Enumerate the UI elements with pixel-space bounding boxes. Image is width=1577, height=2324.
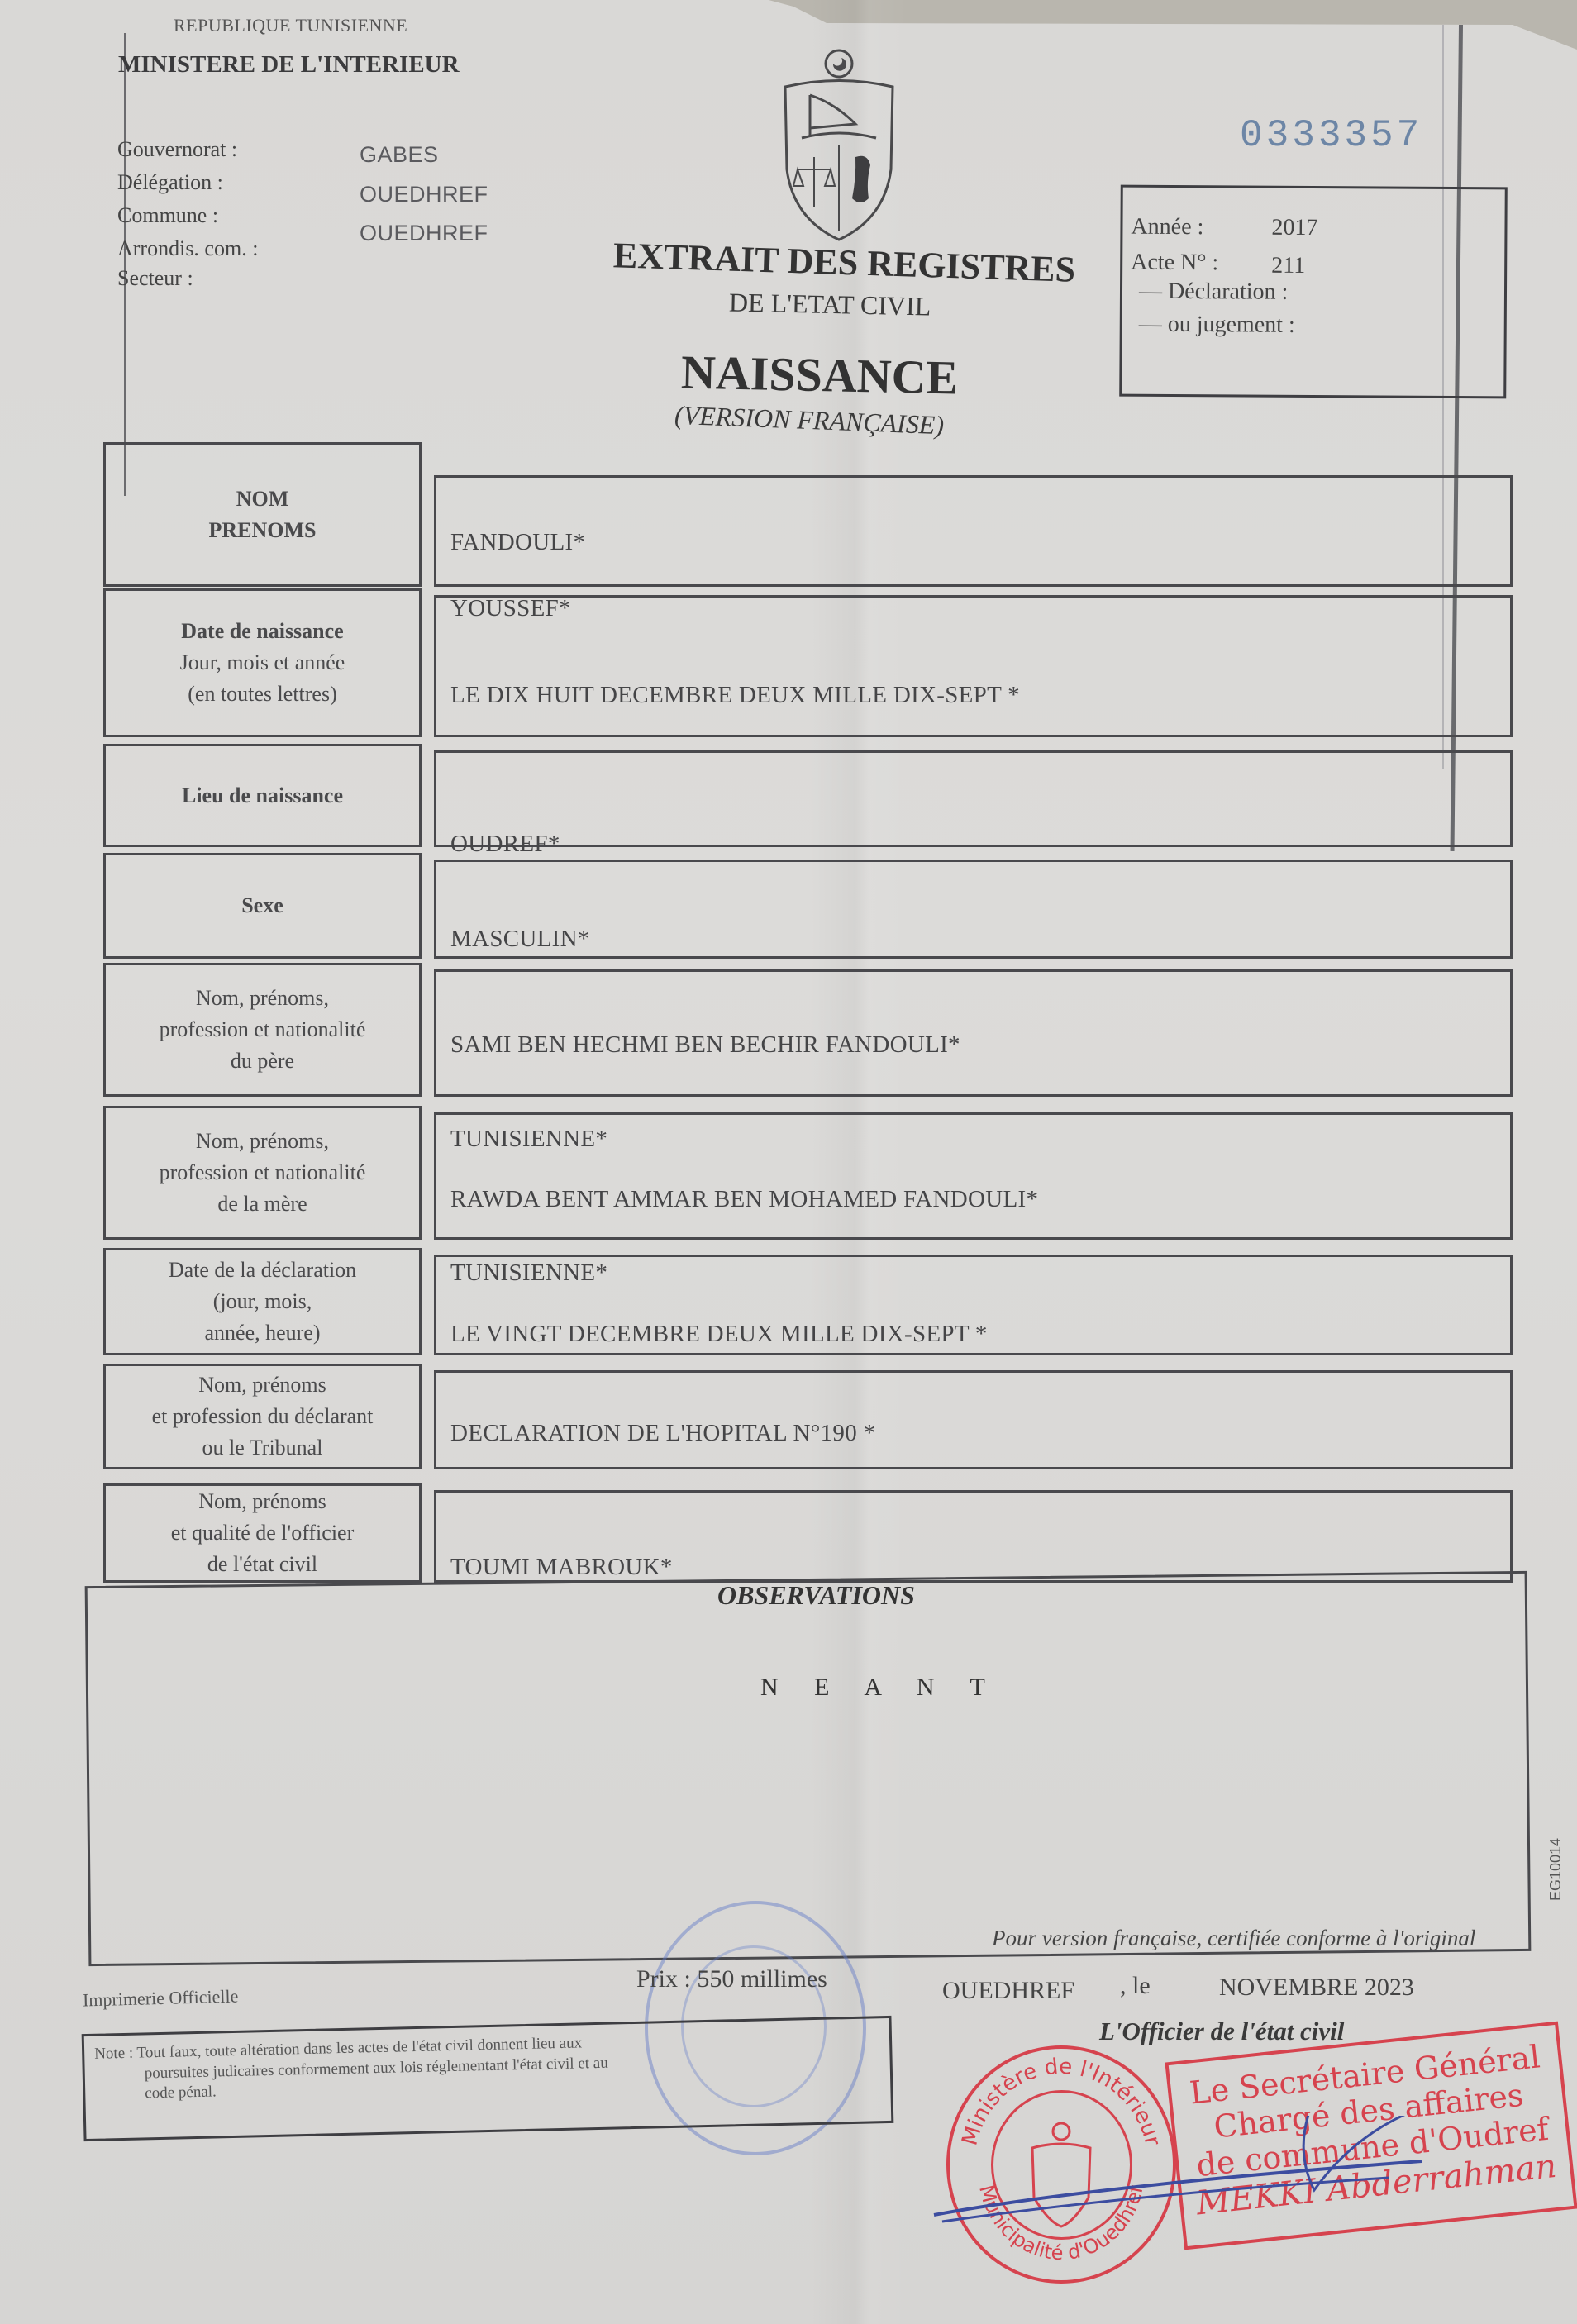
delegation-value: OUEDHREF xyxy=(360,182,488,207)
commune-label: Commune : xyxy=(117,203,218,228)
date-month-year: NOVEMBRE 2023 xyxy=(1219,1974,1414,2002)
row-label-line: profession et nationalité xyxy=(160,1014,366,1045)
row-label-line: Jour, mois et année xyxy=(180,647,345,679)
row-label-line: Date de naissance xyxy=(180,616,345,647)
margin-rule xyxy=(124,33,126,496)
row-label-line: de l'état civil xyxy=(171,1549,355,1580)
row-value: TOUMI MABROUK* xyxy=(450,1554,673,1581)
row-label-6: Nom, prénoms,profession et nationalitéde… xyxy=(103,1106,422,1240)
document-subtitle: DE L'ETAT CIVIL xyxy=(729,287,931,321)
row-label-2: Date de naissanceJour, mois et année(en … xyxy=(103,588,422,737)
row-label-3: Lieu de naissance xyxy=(103,744,422,847)
gouvernorat-label: Gouvernorat : xyxy=(117,137,237,162)
row-label-line: année, heure) xyxy=(169,1317,356,1349)
annee-value: 2017 xyxy=(1271,215,1317,241)
tunisia-coat-of-arms-icon xyxy=(777,45,901,244)
printer-label: Imprimerie Officielle xyxy=(83,1986,239,2012)
row-label-line: PRENOMS xyxy=(209,515,317,546)
secteur-label: Secteur : xyxy=(117,266,193,291)
form-code: EG10014 xyxy=(1547,1838,1565,1901)
row-value-box-3 xyxy=(434,750,1513,847)
row-label-line: (en toutes lettres) xyxy=(180,679,345,710)
row-value: RAWDA BENT AMMAR BEN MOHAMED FANDOULI* xyxy=(450,1186,1038,1213)
document-type: NAISSANCE xyxy=(680,344,959,405)
row-label-line: et qualité de l'officier xyxy=(171,1517,355,1549)
serial-number: 0333357 xyxy=(1240,114,1422,157)
row-label-9: Nom, prénomset qualité de l'officierde l… xyxy=(103,1483,422,1583)
row-value-box-2 xyxy=(434,595,1513,737)
row-label-8: Nom, prénomset profession du déclarantou… xyxy=(103,1364,422,1469)
observations-content: N E A N T xyxy=(760,1674,1000,1702)
declaration-label: — Déclaration : xyxy=(1139,279,1289,306)
row-label-line: et profession du déclarant xyxy=(152,1401,374,1432)
republic-label: REPUBLIQUE TUNISIENNE xyxy=(174,15,407,36)
observations-title: OBSERVATIONS xyxy=(717,1580,915,1611)
arrondissement-label: Arrondis. com. : xyxy=(117,236,258,261)
observations-box xyxy=(85,1571,1532,1966)
row-label-line: Nom, prénoms xyxy=(152,1369,374,1401)
row-label-line: du père xyxy=(160,1045,366,1077)
row-label-line: profession et nationalité xyxy=(160,1157,366,1188)
row-value-box-4 xyxy=(434,860,1513,959)
annee-label: Année : xyxy=(1131,214,1203,241)
legal-note: Note : Tout faux, toute altération dans … xyxy=(82,2016,894,2141)
commune-value: OUEDHREF xyxy=(360,221,488,246)
acte-number-label: Acte N° : xyxy=(1131,250,1218,277)
date-separator: , le xyxy=(1120,1972,1151,2000)
row-value: SAMI BEN HECHMI BEN BECHIR FANDOULI* xyxy=(450,1031,960,1059)
signature xyxy=(926,2116,1438,2231)
row-label-7: Date de la déclaration(jour, mois,année,… xyxy=(103,1248,422,1355)
price-label: Prix : 550 millimes xyxy=(636,1965,827,1993)
row-value: LE DIX HUIT DECEMBRE DEUX MILLE DIX-SEPT… xyxy=(450,682,1020,709)
place-value: OUEDHREF xyxy=(942,1977,1074,2005)
row-label-line: Nom, prénoms, xyxy=(160,983,366,1014)
certification-text: Pour version française, certifiée confor… xyxy=(992,1926,1475,1951)
row-label-line: de la mère xyxy=(160,1188,366,1220)
row-label-5: Nom, prénoms,profession et nationalitédu… xyxy=(103,963,422,1097)
row-value: LE VINGT DECEMBRE DEUX MILLE DIX-SEPT * xyxy=(450,1321,988,1348)
row-value: OUDREF* xyxy=(450,831,560,858)
row-label-line: NOM xyxy=(209,483,317,515)
row-value: FANDOULI* xyxy=(450,529,585,556)
row-label-line: Nom, prénoms, xyxy=(160,1126,366,1157)
gouvernorat-value: GABES xyxy=(360,142,439,168)
row-value-box-1 xyxy=(434,475,1513,587)
row-label-line: Nom, prénoms xyxy=(171,1486,355,1517)
officer-title: L'Officier de l'état civil xyxy=(1099,2017,1344,2046)
row-label-1: NOMPRENOMS xyxy=(103,442,422,587)
row-label-4: Sexe xyxy=(103,853,422,959)
row-label-line: Date de la déclaration xyxy=(169,1255,356,1286)
ministry-label: MINISTERE DE L'INTERIEUR xyxy=(118,51,460,79)
row-value-box-6 xyxy=(434,1112,1513,1240)
row-value: DECLARATION DE L'HOPITAL N°190 * xyxy=(450,1420,875,1447)
row-value: MASCULIN* xyxy=(450,926,590,953)
row-label-line: (jour, mois, xyxy=(169,1286,356,1317)
delegation-label: Délégation : xyxy=(117,170,223,195)
acte-box: Année : 2017 Acte N° : 211 — Déclaration… xyxy=(1119,185,1508,399)
row-label-line: Sexe xyxy=(241,890,283,922)
row-label-line: ou le Tribunal xyxy=(152,1432,374,1464)
row-label-line: Lieu de naissance xyxy=(182,780,343,812)
acte-number-value: 211 xyxy=(1271,253,1305,279)
jugement-label: — ou jugement : xyxy=(1139,312,1295,339)
